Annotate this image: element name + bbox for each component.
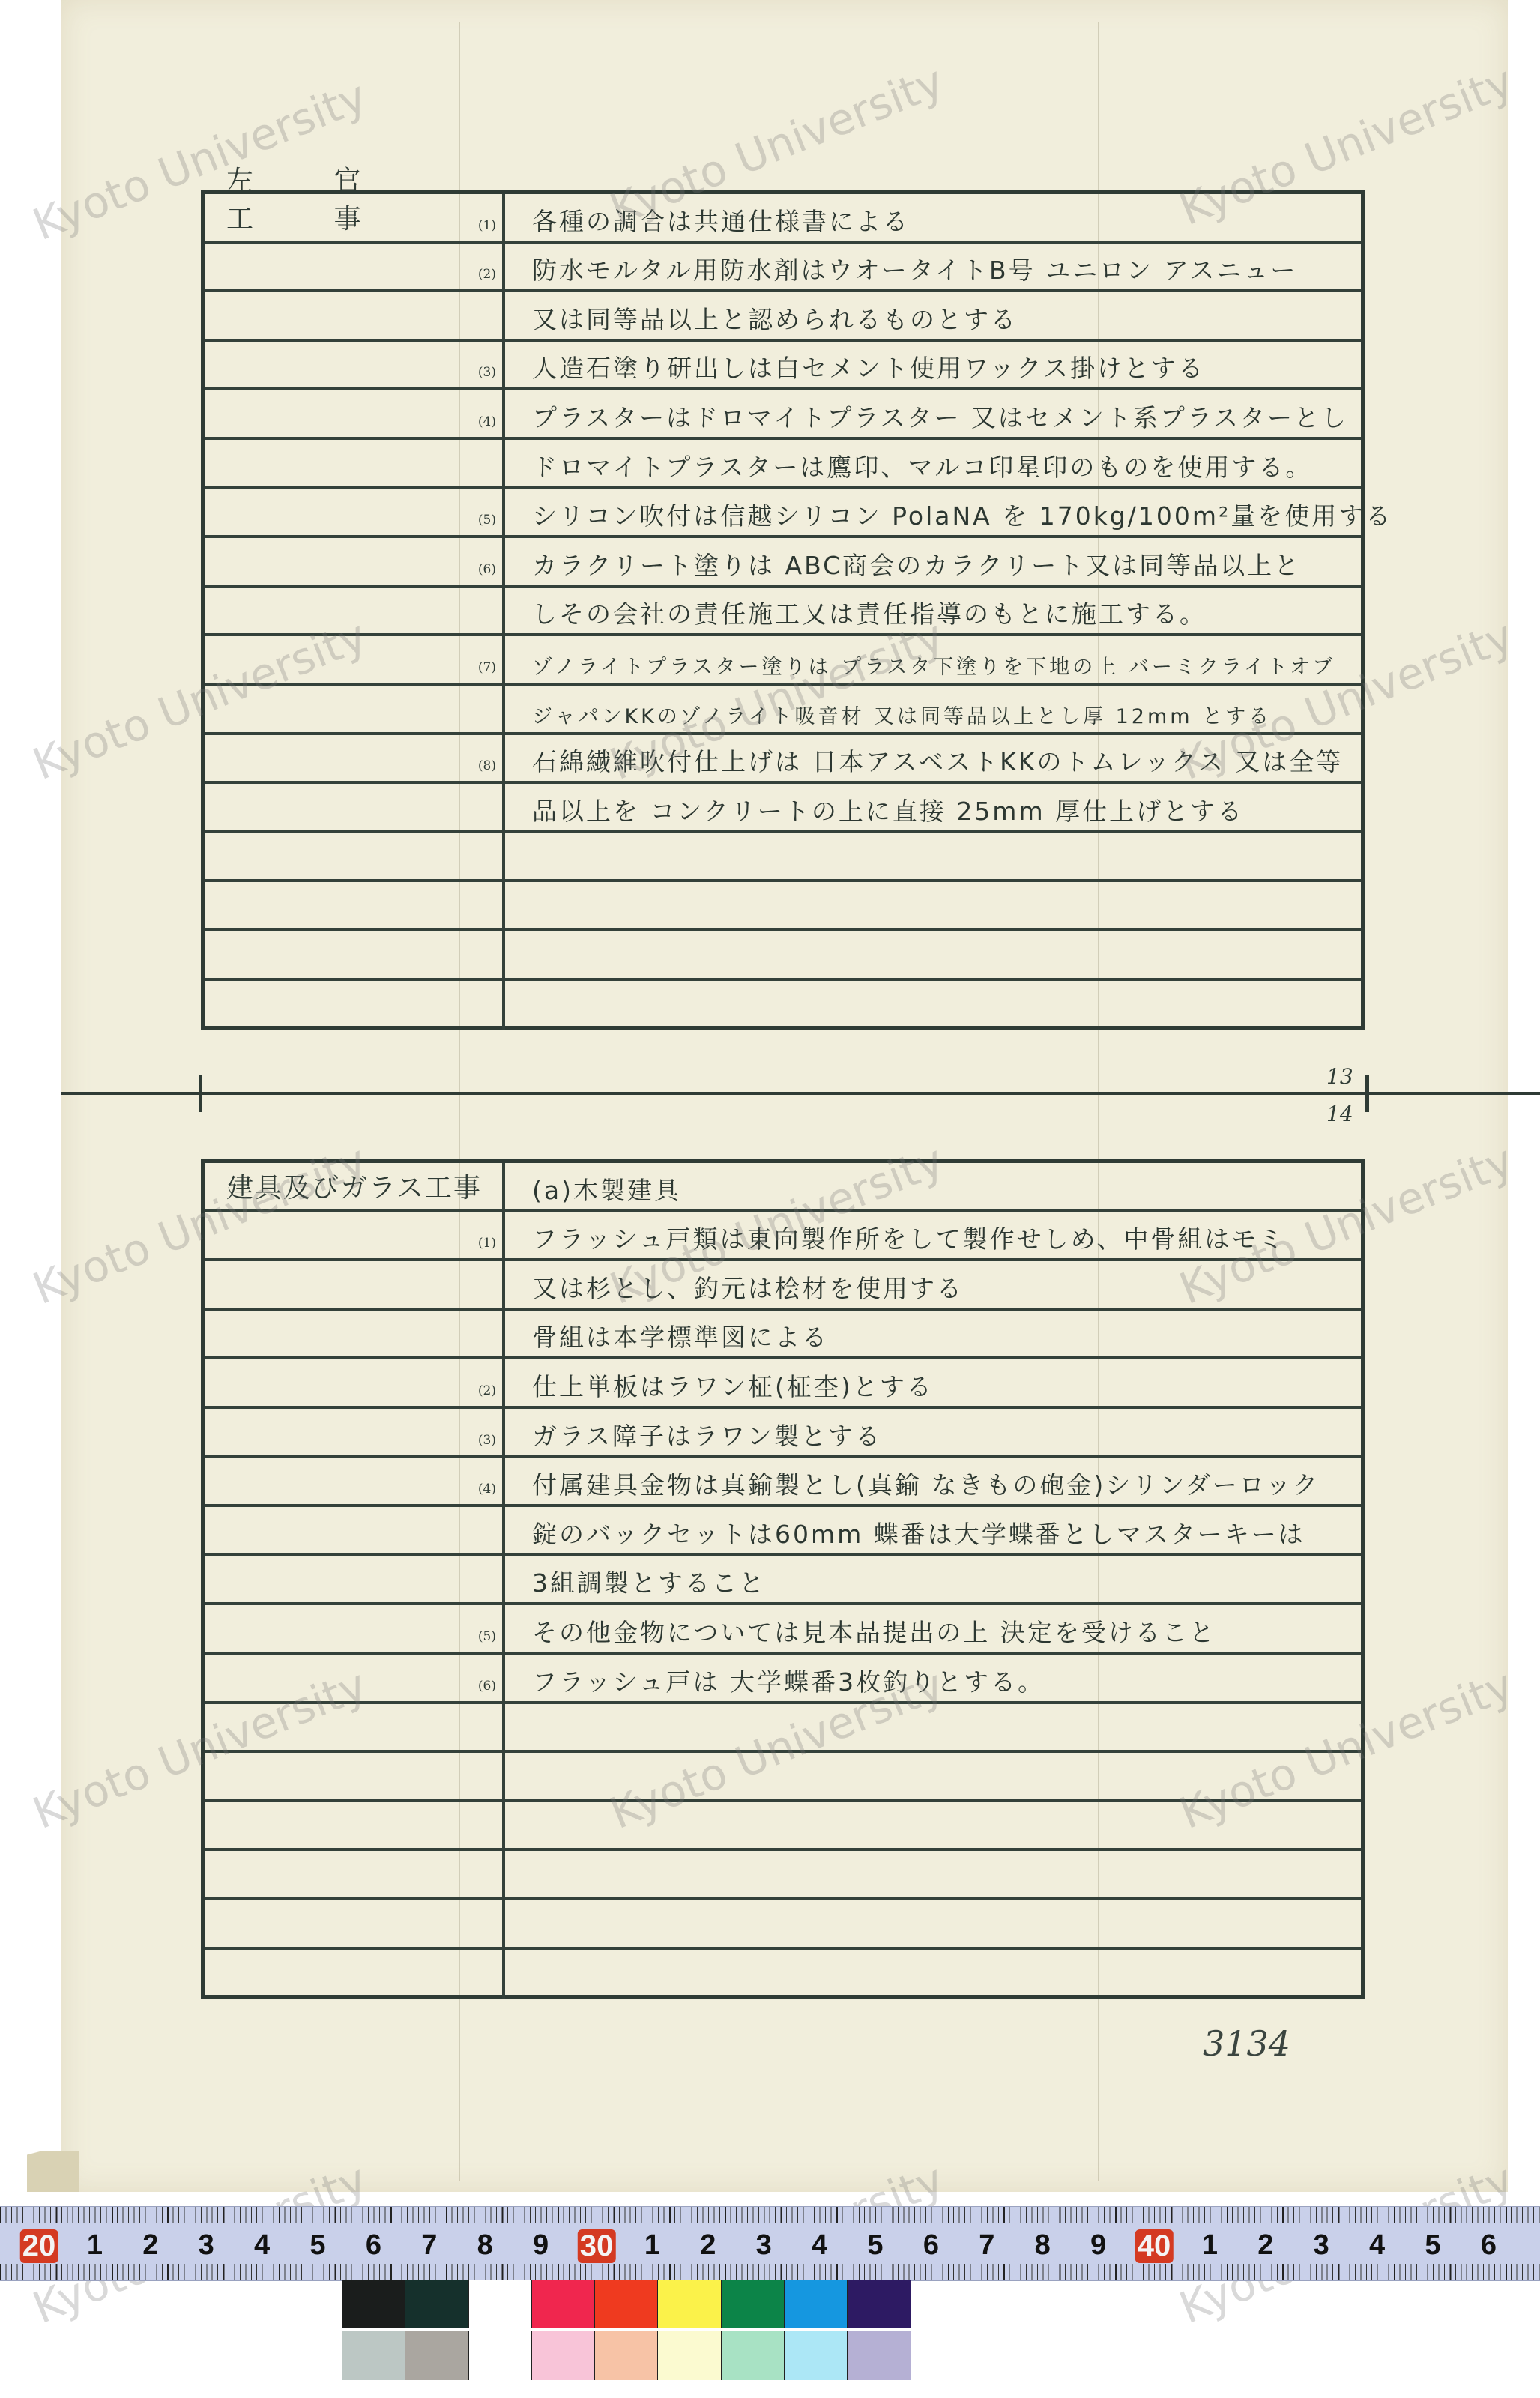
item-number: (6) (478, 1679, 496, 1694)
label-cell: (6) (205, 1655, 505, 1701)
label-cell: (2) (205, 244, 505, 290)
text-cell: 各種の調合は共通仕様書による (505, 194, 1361, 241)
spec-line: プラスターはドロマイトプラスター 又はセメント系プラスターとし (532, 399, 1348, 434)
ruler-label: 1 (644, 2229, 660, 2262)
spec-table-joinery-glass: 建具及びガラス工事(a)木製建具(1)フラッシュ戸類は東向製作所をして製作せしめ… (201, 1159, 1365, 1999)
text-cell: 仕上単板はラワン柾(柾杢)とする (505, 1359, 1361, 1406)
page-number-lower: 14 (1326, 1102, 1353, 1126)
text-cell (505, 931, 1361, 978)
text-cell (505, 1704, 1361, 1751)
table-row: 3組調製とすること (205, 1556, 1361, 1606)
color-swatch (848, 2280, 911, 2328)
table-row: (5)シリコン吹付は信越シリコン PolaNA を 170kg/100m²量を使… (205, 489, 1361, 539)
table-row: 左 官 工 事(1)各種の調合は共通仕様書による (205, 194, 1361, 244)
text-cell (505, 1950, 1361, 1999)
text-cell: 錠のバックセットは60mm 蝶番は大学蝶番としマスターキーは (505, 1507, 1361, 1553)
color-chart-bottom-row (342, 2331, 911, 2380)
table-row: ドロマイトプラスターは鷹印、マルコ印星印のものを使用する。 (205, 440, 1361, 489)
text-cell: ゾノライトプラスター塗りは プラスタ下塗りを下地の上 バーミクライトオブ (505, 636, 1361, 683)
label-cell (205, 833, 505, 880)
ruler-label: 2 (142, 2229, 158, 2262)
label-cell (205, 1261, 505, 1308)
table-row: (5)その他金物については見本品提出の上 決定を受けること (205, 1605, 1361, 1655)
ruler-label: 20 (20, 2229, 58, 2263)
color-swatch (469, 2280, 532, 2328)
color-swatch (342, 2331, 405, 2380)
table-row: 錠のバックセットは60mm 蝶番は大学蝶番としマスターキーは (205, 1507, 1361, 1556)
label-cell (205, 1507, 505, 1553)
spec-line: シリコン吹付は信越シリコン PolaNA を 170kg/100m²量を使用する (532, 497, 1392, 532)
spec-table-plastering: 左 官 工 事(1)各種の調合は共通仕様書による(2)防水モルタル用防水剤はウオ… (201, 190, 1365, 1030)
item-number: (4) (478, 414, 496, 429)
text-cell: ジャパンKKのゾノライト吸音材 又は同等品以上とし厚 12mm とする (505, 686, 1361, 732)
spec-line: 石綿繊維吹付仕上げは 日本アスベストKKのトムレックス 又は全等 (532, 743, 1343, 778)
label-cell (205, 1753, 505, 1799)
spec-line: 仕上単板はラワン柾(柾杢)とする (532, 1368, 934, 1403)
text-cell: その他金物については見本品提出の上 決定を受けること (505, 1605, 1361, 1652)
text-cell: フラッシュ戸類は東向製作所をして製作せしめ、中骨組はモミ (505, 1212, 1361, 1259)
item-number: (5) (478, 513, 496, 528)
table-row (205, 1900, 1361, 1950)
table-row: ジャパンKKのゾノライト吸音材 又は同等品以上とし厚 12mm とする (205, 686, 1361, 735)
text-cell: 人造石塗り研出しは白セメント使用ワックス掛けとする (505, 342, 1361, 388)
label-cell: (2) (205, 1359, 505, 1406)
label-cell (205, 1704, 505, 1751)
color-swatch (342, 2280, 405, 2328)
ruler-ticks (0, 2207, 1540, 2223)
label-cell: (4) (205, 1458, 505, 1505)
ruler-label: 4 (1369, 2229, 1385, 2262)
color-swatch (785, 2331, 848, 2380)
text-cell: プラスターはドロマイトプラスター 又はセメント系プラスターとし (505, 390, 1361, 437)
table-row: (3)ガラス障子はラワン製とする (205, 1409, 1361, 1458)
text-cell: 品以上を コンクリートの上に直接 25mm 厚仕上げとする (505, 784, 1361, 830)
spec-line: しその会社の責任施工又は責任指導のもとに施工する。 (532, 595, 1207, 630)
ruler-label: 9 (533, 2229, 549, 2262)
measuring-ruler: 201234567893012345678940123456 (0, 2206, 1540, 2281)
color-swatch (722, 2331, 785, 2380)
label-cell: (4) (205, 390, 505, 437)
ruler-label: 1 (87, 2229, 103, 2262)
table-row: (8)石綿繊維吹付仕上げは 日本アスベストKKのトムレックス 又は全等 (205, 735, 1361, 785)
spec-line: フラッシュ戸は 大学蝶番3枚釣りとする。 (532, 1663, 1045, 1698)
ruler-label: 4 (812, 2229, 827, 2262)
label-cell (205, 588, 505, 634)
color-swatch (785, 2280, 848, 2328)
item-number: (8) (478, 758, 496, 773)
section-title: 左 官 工 事 (226, 160, 502, 236)
ruler-label: 1 (1202, 2229, 1218, 2262)
spec-line: 人造石塗り研出しは白セメント使用ワックス掛けとする (532, 349, 1205, 384)
item-number: (1) (478, 1236, 496, 1251)
label-cell: (7) (205, 636, 505, 683)
text-cell: ドロマイトプラスターは鷹印、マルコ印星印のものを使用する。 (505, 440, 1361, 486)
fold-tick-right (1365, 1075, 1369, 1112)
text-cell (505, 882, 1361, 928)
item-number: (3) (478, 1433, 496, 1448)
ruler-label: 3 (756, 2229, 772, 2262)
label-cell: (8) (205, 735, 505, 782)
spec-line: 防水モルタル用防水剤はウオータイトB号 ユニロン アスニュー (532, 251, 1297, 286)
text-cell (505, 1900, 1361, 1947)
ruler-label: 2 (1257, 2229, 1273, 2262)
item-number: (6) (478, 562, 496, 577)
ruler-label: 2 (700, 2229, 716, 2262)
label-cell (205, 1556, 505, 1603)
spec-line: 骨組は本学標準図による (532, 1318, 829, 1353)
table-row (205, 981, 1361, 1030)
label-cell: (3) (205, 1409, 505, 1455)
folded-corner (27, 2151, 79, 2192)
label-cell (205, 1851, 505, 1897)
text-cell: しその会社の責任施工又は責任指導のもとに施工する。 (505, 588, 1361, 634)
label-cell: 建具及びガラス工事 (205, 1163, 505, 1209)
ruler-label: 8 (477, 2229, 493, 2262)
item-number: (2) (478, 1383, 496, 1398)
text-cell: 又は杉とし、釣元は桧材を使用する (505, 1261, 1361, 1308)
text-cell: 石綿繊維吹付仕上げは 日本アスベストKKのトムレックス 又は全等 (505, 735, 1361, 782)
spec-line: 又は同等品以上と認められるものとする (532, 300, 1018, 336)
table-row (205, 931, 1361, 981)
label-cell (205, 1950, 505, 1999)
text-cell (505, 981, 1361, 1030)
table-row: (4)プラスターはドロマイトプラスター 又はセメント系プラスターとし (205, 390, 1361, 440)
ruler-label: 7 (421, 2229, 437, 2262)
ruler-label: 5 (309, 2229, 325, 2262)
label-cell (205, 1900, 505, 1947)
ruler-label: 3 (1314, 2229, 1329, 2262)
text-cell: 3組調製とすること (505, 1556, 1361, 1603)
spec-line: 又は杉とし、釣元は桧材を使用する (532, 1269, 964, 1305)
ruler-label: 5 (867, 2229, 883, 2262)
ruler-label: 7 (979, 2229, 994, 2262)
color-swatch (469, 2331, 532, 2380)
table-row: (6)フラッシュ戸は 大学蝶番3枚釣りとする。 (205, 1655, 1361, 1704)
label-cell: (5) (205, 489, 505, 536)
table-row: 又は杉とし、釣元は桧材を使用する (205, 1261, 1361, 1311)
color-swatch (658, 2280, 721, 2328)
text-cell: 付属建具金物は真鍮製とし(真鍮 なきもの砲金)シリンダーロック (505, 1458, 1361, 1505)
item-number: (5) (478, 1629, 496, 1644)
color-swatch (848, 2331, 911, 2380)
table-row: 品以上を コンクリートの上に直接 25mm 厚仕上げとする (205, 784, 1361, 833)
color-chart-top-row (342, 2280, 911, 2328)
table-row: (4)付属建具金物は真鍮製とし(真鍮 なきもの砲金)シリンダーロック (205, 1458, 1361, 1508)
text-cell (505, 833, 1361, 880)
spec-line: 錠のバックセットは60mm 蝶番は大学蝶番としマスターキーは (532, 1515, 1305, 1550)
ruler-label: 6 (366, 2229, 381, 2262)
spec-line: ガラス障子はラワン製とする (532, 1417, 882, 1452)
section-title: 建具及びガラス工事 (226, 1167, 482, 1205)
item-number: (4) (478, 1482, 496, 1497)
spec-line: ジャパンKKのゾノライト吸音材 又は同等品以上とし厚 12mm とする (532, 700, 1272, 729)
ruler-label: 4 (254, 2229, 270, 2262)
item-number: (2) (478, 267, 496, 282)
text-cell: シリコン吹付は信越シリコン PolaNA を 170kg/100m²量を使用する (505, 489, 1361, 536)
table-row (205, 1704, 1361, 1754)
text-cell (505, 1851, 1361, 1897)
ruler-label: 30 (578, 2229, 616, 2263)
table-row: (2)仕上単板はラワン柾(柾杢)とする (205, 1359, 1361, 1409)
label-cell: 左 官 工 事(1) (205, 194, 505, 241)
spec-line: その他金物については見本品提出の上 決定を受けること (532, 1613, 1216, 1649)
text-cell (505, 1753, 1361, 1799)
item-number: (1) (478, 218, 496, 233)
table-row (205, 882, 1361, 931)
table-row: (1)フラッシュ戸類は東向製作所をして製作せしめ、中骨組はモミ (205, 1212, 1361, 1262)
spec-line: フラッシュ戸類は東向製作所をして製作せしめ、中骨組はモミ (532, 1220, 1285, 1255)
table-row (205, 833, 1361, 883)
label-cell (205, 440, 505, 486)
text-cell: 又は同等品以上と認められるものとする (505, 292, 1361, 339)
label-cell (205, 882, 505, 928)
table-row: 骨組は本学標準図による (205, 1311, 1361, 1360)
color-swatch (532, 2331, 595, 2380)
table-row (205, 1950, 1361, 1999)
page-number-upper: 13 (1326, 1064, 1353, 1089)
table-row: 又は同等品以上と認められるものとする (205, 292, 1361, 342)
label-cell (205, 1802, 505, 1849)
table-row (205, 1851, 1361, 1900)
text-cell: フラッシュ戸は 大学蝶番3枚釣りとする。 (505, 1655, 1361, 1701)
text-cell: 骨組は本学標準図による (505, 1311, 1361, 1357)
spec-line: 付属建具金物は真鍮製とし(真鍮 なきもの砲金)シリンダーロック (532, 1466, 1320, 1501)
spec-line: カラクリート塗りは ABC商会のカラクリート又は同等品以上と (532, 546, 1301, 582)
table-row (205, 1802, 1361, 1852)
text-cell: (a)木製建具 (505, 1163, 1361, 1209)
color-swatch (658, 2331, 721, 2380)
label-cell (205, 981, 505, 1030)
label-cell: (6) (205, 538, 505, 585)
table-row: (2)防水モルタル用防水剤はウオータイトB号 ユニロン アスニュー (205, 244, 1361, 293)
color-swatch (405, 2280, 468, 2328)
spec-line: ゾノライトプラスター塗りは プラスタ下塗りを下地の上 バーミクライトオブ (532, 650, 1335, 680)
fold-line (61, 1092, 1540, 1095)
color-swatch (722, 2280, 785, 2328)
ruler-label: 6 (923, 2229, 939, 2262)
ruler-label: 6 (1481, 2229, 1497, 2262)
color-swatch (405, 2331, 468, 2380)
ruler-label: 3 (199, 2229, 214, 2262)
ruler-label: 40 (1135, 2229, 1174, 2263)
label-cell: (3) (205, 342, 505, 388)
table-row: 建具及びガラス工事(a)木製建具 (205, 1163, 1361, 1212)
color-swatch (595, 2280, 658, 2328)
color-swatch (595, 2331, 658, 2380)
table-row: しその会社の責任施工又は責任指導のもとに施工する。 (205, 588, 1361, 637)
item-number: (3) (478, 365, 496, 380)
fold-tick-left (199, 1075, 202, 1112)
color-swatch (532, 2280, 595, 2328)
spec-line: 品以上を コンクリートの上に直接 25mm 厚仕上げとする (532, 792, 1244, 827)
label-cell (205, 686, 505, 732)
ruler-label: 8 (1035, 2229, 1051, 2262)
label-cell: (1) (205, 1212, 505, 1259)
text-cell: ガラス障子はラワン製とする (505, 1409, 1361, 1455)
label-cell (205, 931, 505, 978)
text-cell: カラクリート塗りは ABC商会のカラクリート又は同等品以上と (505, 538, 1361, 585)
label-cell (205, 1311, 505, 1357)
ruler-label: 9 (1090, 2229, 1106, 2262)
ruler-label: 5 (1425, 2229, 1440, 2262)
table-row: (6)カラクリート塗りは ABC商会のカラクリート又は同等品以上と (205, 538, 1361, 588)
spec-line: (a)木製建具 (532, 1171, 681, 1206)
text-cell: 防水モルタル用防水剤はウオータイトB号 ユニロン アスニュー (505, 244, 1361, 290)
item-number: (7) (478, 660, 496, 675)
label-cell: (5) (205, 1605, 505, 1652)
text-cell (505, 1802, 1361, 1849)
document-number: 3134 (1203, 2023, 1290, 2064)
spec-line: 3組調製とすること (532, 1564, 766, 1599)
label-cell (205, 784, 505, 830)
table-row (205, 1753, 1361, 1802)
ruler-ticks (0, 2264, 1540, 2280)
spec-line: ドロマイトプラスターは鷹印、マルコ印星印のものを使用する。 (532, 448, 1312, 483)
spec-line: 各種の調合は共通仕様書による (532, 202, 910, 238)
table-row: (7)ゾノライトプラスター塗りは プラスタ下塗りを下地の上 バーミクライトオブ (205, 636, 1361, 686)
table-row: (3)人造石塗り研出しは白セメント使用ワックス掛けとする (205, 342, 1361, 391)
label-cell (205, 292, 505, 339)
